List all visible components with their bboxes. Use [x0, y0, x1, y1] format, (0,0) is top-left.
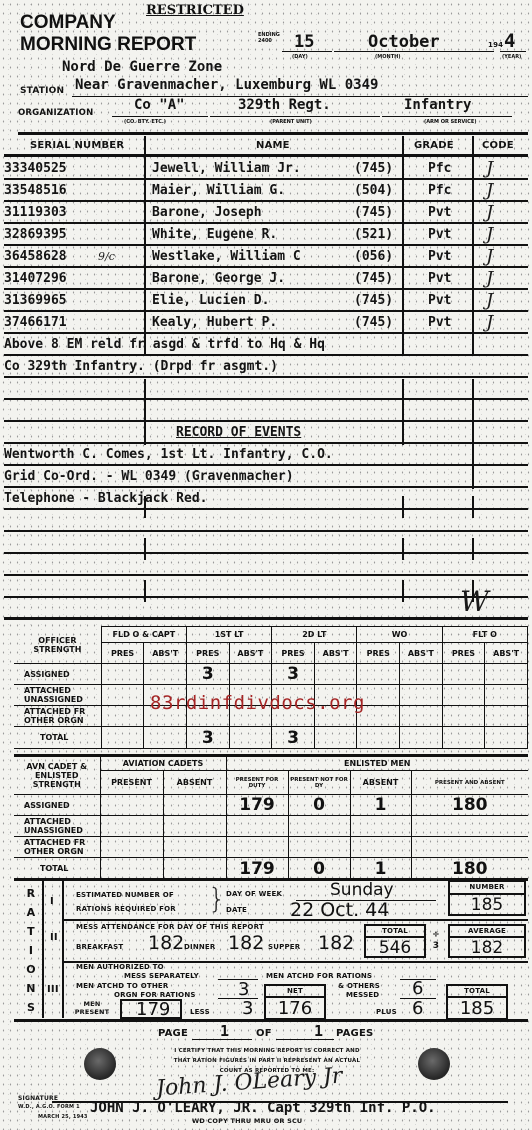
row-label: ATTACHED UNASSIGNED — [14, 816, 100, 837]
soldier-name: White, Eugene R. — [152, 227, 277, 242]
col-divider — [402, 538, 404, 560]
soldier-name: Maier, William G. — [152, 183, 285, 198]
group-aviation-cadets: AVIATION CADETS — [100, 757, 226, 771]
grade: Pvt — [428, 227, 451, 242]
page-field: 1 — [192, 1026, 252, 1040]
status-code: J — [486, 246, 493, 267]
group-enlisted-men: ENLISTED MEN — [226, 757, 528, 771]
form-date: MARCH 25, 1943 — [38, 1114, 88, 1120]
table-row: 33548516 Maier, William G. (504) Pfc J — [4, 181, 528, 202]
total-value: 546 — [366, 938, 424, 958]
ration-total-value: 185 — [448, 998, 506, 1019]
atchd-other-field: 3 — [218, 980, 258, 999]
pages-value: 1 — [314, 1022, 323, 1040]
cell — [163, 795, 226, 816]
table-row: 37466171 Kealy, Hubert P. (745) Pvt J — [4, 313, 528, 334]
col-divider — [402, 379, 404, 445]
soldier-name: Westlake, William C — [152, 249, 301, 264]
mos-code: (056) — [354, 249, 393, 264]
cell — [485, 727, 528, 749]
form-title-company: COMPANY — [20, 12, 116, 33]
company-caption: (CO. BTY. ETC.) — [124, 119, 166, 125]
col-grade: GRADE — [414, 140, 454, 151]
supper-label: SUPPER — [268, 943, 300, 951]
cell — [442, 664, 485, 685]
col-divider — [144, 136, 146, 356]
atchd-for-label-2: & OTHERS — [338, 982, 380, 990]
page-value: 1 — [220, 1022, 229, 1040]
year-field: 4 — [500, 30, 526, 52]
ration-date-value: 22 Oct. 44 — [290, 899, 389, 921]
atchd-for-label-1: MEN ATCHD FOR RATIONS — [266, 972, 372, 980]
status-code: J — [486, 202, 493, 223]
authorized-label-1: MEN AUTHORIZED TO — [76, 963, 164, 971]
cell — [229, 727, 272, 749]
mos-code: (745) — [354, 161, 393, 176]
col-enlisted-absent: ABSENT — [350, 771, 411, 795]
month-caption: (MONTH) — [375, 54, 401, 60]
officer-row-total: TOTAL 3 3 — [14, 727, 528, 749]
blank-row: W — [4, 599, 528, 620]
arm-field: Infantry — [382, 96, 512, 117]
routing-note: WD COPY THRU MRU OR SCU — [192, 1117, 302, 1125]
letter: T — [24, 922, 38, 941]
cell — [400, 664, 443, 685]
net-label: NET — [266, 986, 324, 998]
officer-row-assigned: ASSIGNED 3 3 — [14, 664, 528, 685]
event-line: Grid Co-Ord. - WL 0349 (Gravenmacher) — [4, 467, 528, 488]
brace: } — [208, 882, 226, 915]
cell — [314, 664, 357, 685]
average-label: AVERAGE — [450, 926, 524, 938]
enlisted-row-attached-unassigned: ATTACHED UNASSIGNED — [14, 816, 528, 837]
col-abst: ABS'T — [485, 643, 528, 664]
atchd-other-value: 3 — [238, 979, 249, 1000]
enlisted-row-attached-other: ATTACHED FR OTHER ORGN — [14, 837, 528, 858]
serial-number: 36458628 — [4, 249, 67, 264]
col-divider — [472, 136, 474, 356]
ration-total-box: TOTAL 185 — [446, 984, 508, 1020]
classification-stamp: RESTRICTED — [146, 3, 244, 18]
row-label: ATTACHED FR OTHER ORGN — [14, 837, 100, 858]
cell — [101, 727, 144, 749]
cert-line: I CERTIFY THAT THIS MORNING REPORT IS CO… — [132, 1046, 402, 1056]
cell: 180 — [411, 795, 528, 816]
serial-number: 31407296 — [4, 271, 67, 286]
col-divider — [472, 538, 474, 560]
company-field: Co "A" — [112, 96, 208, 117]
col-abst: ABS'T — [400, 643, 443, 664]
cell: 0 — [288, 795, 350, 816]
supper-value: 182 — [318, 932, 354, 954]
table-row: 31119303 Barone, Joseph (745) Pvt J — [4, 203, 528, 224]
grade: Pfc — [428, 183, 451, 198]
col-divider — [472, 496, 474, 518]
row-label: TOTAL — [14, 727, 101, 749]
col-divider — [402, 580, 404, 602]
company-value: Co "A" — [134, 97, 185, 113]
row-label: ASSIGNED — [14, 664, 101, 685]
event-text: Grid Co-Ord. - WL 0349 (Gravenmacher) — [4, 469, 294, 484]
col-present-and-absent: PRESENT AND ABSENT — [411, 771, 528, 795]
col-code: CODE — [482, 140, 514, 151]
section-num-3: III — [47, 984, 59, 995]
cell: 180 — [411, 858, 528, 880]
cell — [144, 664, 187, 685]
status-code: J — [486, 158, 493, 179]
section-rule — [62, 919, 528, 921]
blank-row — [4, 533, 528, 554]
less-label: LESS — [190, 1008, 210, 1016]
pages-label: PAGES — [336, 1028, 373, 1039]
net-value: 176 — [266, 998, 324, 1019]
col-abst: ABS'T — [229, 643, 272, 664]
letter: O — [24, 960, 38, 979]
station-value: Near Gravenmacher, Luxemburg WL 0349 — [75, 77, 378, 93]
col-divider — [472, 379, 474, 445]
table-row: 33340525 Jewell, William Jr. (745) Pfc J — [4, 159, 528, 180]
soldier-name: Kealy, Hubert P. — [152, 315, 277, 330]
letter: S — [24, 998, 38, 1017]
status-code: J — [486, 180, 493, 201]
group-wo: WO — [357, 627, 442, 643]
soldier-name: Barone, Joseph — [152, 205, 262, 220]
letter: R — [24, 884, 38, 903]
day-value: 15 — [294, 32, 314, 52]
group-flt-o: FLT O — [442, 627, 527, 643]
event-line: Telephone - Blackjack Red. — [4, 489, 528, 510]
of-label: OF — [256, 1028, 272, 1039]
binder-hole-left — [84, 1048, 116, 1080]
section-num-1: I — [50, 896, 54, 907]
cell — [100, 858, 163, 880]
group-2d-lt: 2D LT — [272, 627, 357, 643]
col-divider — [402, 136, 404, 356]
station-label: STATION — [20, 86, 64, 96]
estimated-rations-label: ESTIMATED NUMBER OF RATIONS REQUIRED FOR — [76, 888, 176, 916]
serial-number: 33548516 — [4, 183, 67, 198]
col-divider — [144, 580, 146, 602]
regiment-caption: (PARENT UNIT) — [270, 119, 312, 125]
cell: 1 — [350, 795, 411, 816]
enlisted-row-total: TOTAL 179 0 1 180 — [14, 858, 528, 880]
col-abst: ABS'T — [144, 643, 187, 664]
serial-annotation: 9/c — [98, 250, 115, 263]
organization-label: ORGANIZATION — [18, 108, 93, 118]
section-num-2: II — [50, 932, 58, 943]
row-label: ATTACHED FR OTHER ORGN — [14, 706, 101, 727]
cell — [442, 727, 485, 749]
atchd-other-label-1: MEN ATCHD TO OTHER — [76, 982, 168, 990]
group-1st-lt: 1ST LT — [186, 627, 271, 643]
month-value: October — [368, 32, 440, 52]
authorized-label-2: MESS SEPARATELY — [124, 972, 199, 980]
serial-number: 32869395 — [4, 227, 67, 242]
less-value: 3 — [242, 998, 253, 1019]
ration-total-label: TOTAL — [448, 986, 506, 998]
grade: Pvt — [428, 205, 451, 220]
cell — [314, 727, 357, 749]
col-divider — [472, 445, 474, 489]
col-divider — [472, 580, 474, 602]
col-present-for-duty: PRESENT FOR DUTY — [226, 771, 288, 795]
label-line: RATIONS REQUIRED FOR — [76, 902, 176, 916]
date-label: DATE — [226, 906, 247, 914]
pages-field: 1 — [276, 1026, 334, 1040]
blank-row — [4, 577, 528, 598]
cell — [485, 664, 528, 685]
cell — [229, 664, 272, 685]
letter: I — [24, 941, 38, 960]
col-divider — [144, 538, 146, 560]
cell — [100, 795, 163, 816]
cell — [357, 727, 400, 749]
serial-number: 37466171 — [4, 315, 67, 330]
remark-line: Above 8 EM reld fr asgd & trfd to Hq & H… — [4, 335, 528, 356]
mos-code: (745) — [354, 315, 393, 330]
mess-average-box: AVERAGE 182 — [448, 924, 526, 958]
serial-number: 33340525 — [4, 161, 67, 176]
enlisted-strength-table: AVN CADET & ENLISTED STRENGTH AVIATION C… — [14, 756, 528, 880]
col-pres: PRES — [101, 643, 144, 664]
page-label: PAGE — [158, 1028, 188, 1039]
rations-divider — [42, 880, 44, 1018]
row-label: ATTACHED UNASSIGNED — [14, 685, 101, 706]
arm-value: Infantry — [404, 97, 471, 113]
serial-number: 31119303 — [4, 205, 67, 220]
cell: 0 — [288, 858, 350, 880]
col-divider — [144, 379, 146, 445]
mos-code: (504) — [354, 183, 393, 198]
year-value: 4 — [504, 30, 515, 52]
rations-divider — [62, 880, 64, 1018]
event-text: Wentworth C. Comes, 1st Lt. Infantry, C.… — [4, 447, 333, 462]
table-row: 32869395 White, Eugene R. (521) Pvt J — [4, 225, 528, 246]
table-top-rule — [18, 132, 528, 135]
zone-value: Nord De Guerre Zone — [62, 59, 222, 75]
cell: 1 — [350, 858, 411, 880]
row-label: TOTAL — [14, 858, 100, 880]
letter: N — [24, 979, 38, 998]
station-field: Near Gravenmacher, Luxemburg WL 0349 — [72, 75, 528, 97]
col-abst: ABS'T — [314, 643, 357, 664]
soldier-name: Barone, George J. — [152, 271, 285, 286]
grade: Pvt — [428, 315, 451, 330]
regiment-value: 329th Regt. — [238, 97, 331, 113]
letter: A — [24, 903, 38, 922]
plus-label: PLUS — [376, 1008, 397, 1016]
grade: Pvt — [428, 249, 451, 264]
month-field: October — [334, 30, 494, 52]
form-title-morning-report: MORNING REPORT — [20, 34, 196, 55]
atchd-for-value: 6 — [412, 978, 423, 999]
net-box: NET 176 — [264, 984, 326, 1020]
event-text: Telephone - Blackjack Red. — [4, 491, 208, 506]
average-value: 182 — [450, 938, 524, 958]
atchd-for-field: 6 — [400, 980, 436, 999]
day-caption: (DAY) — [292, 54, 308, 60]
col-cadets-present: PRESENT — [100, 771, 163, 795]
table-row: 31407296 Barone, George J. (745) Pvt J — [4, 269, 528, 290]
cell — [101, 664, 144, 685]
ration-number-box: NUMBER 185 — [448, 880, 526, 916]
mos-code: (521) — [354, 227, 393, 242]
soldier-name: Elie, Lucien D. — [152, 293, 269, 308]
grade: Pfc — [428, 161, 451, 176]
watermark: 83rdinfdivdocs.org — [150, 692, 365, 714]
officer-strength-title: OFFICER STRENGTH — [14, 627, 101, 664]
col-pres: PRES — [272, 643, 315, 664]
soldier-name: Jewell, William Jr. — [152, 161, 301, 176]
blank-row — [4, 401, 528, 422]
mess-attendance-label: MESS ATTENDANCE FOR DAY OF THIS REPORT — [76, 923, 264, 931]
breakfast-value: 182 — [148, 932, 184, 954]
section-rule — [14, 1019, 528, 1022]
remark-text-1: Above 8 EM reld fr asgd & trfd to Hq & H… — [4, 337, 325, 352]
mos-code: (745) — [354, 271, 393, 286]
blank-row — [4, 511, 528, 532]
cell — [163, 858, 226, 880]
day-of-week-label: DAY OF WEEK — [226, 890, 282, 898]
divide-by-three: ÷ 3 — [430, 930, 442, 952]
number-value: 185 — [450, 895, 524, 915]
col-cadets-absent: ABSENT — [163, 771, 226, 795]
status-code: J — [486, 268, 493, 289]
table-row: 36458628 9/c Westlake, William C (056) P… — [4, 247, 528, 268]
arm-caption: (ARM OR SERVICE) — [424, 119, 477, 125]
col-name: NAME — [256, 140, 290, 151]
col-divider — [402, 496, 404, 518]
handwritten-initials: W — [460, 585, 489, 618]
status-code: J — [486, 224, 493, 245]
plus-value: 6 — [412, 998, 423, 1019]
cell: 179 — [226, 795, 288, 816]
dinner-label: DINNER — [184, 943, 216, 951]
cert-line: THAT RATION FIGURES IN PART II REPRESENT… — [132, 1056, 402, 1066]
group-fld-o-capt: FLD O & CAPT — [101, 627, 186, 643]
col-divider — [144, 496, 146, 518]
cell — [144, 727, 187, 749]
cell: 3 — [272, 727, 315, 749]
cell: 3 — [186, 727, 229, 749]
enlisted-strength-title: AVN CADET & ENLISTED STRENGTH — [14, 757, 100, 795]
binder-hole-right — [418, 1048, 450, 1080]
blank-row — [4, 555, 528, 576]
remark-line: Co 329th Infantry. (Drpd fr asgmt.) — [4, 357, 528, 378]
events-heading: RECORD OF EVENTS — [176, 425, 301, 440]
enlisted-row-assigned: ASSIGNED 179 0 1 180 — [14, 795, 528, 816]
col-pres: PRES — [442, 643, 485, 664]
label-line: ESTIMATED NUMBER OF — [76, 888, 176, 902]
personnel-header-row: SERIAL NUMBER NAME GRADE CODE — [4, 136, 528, 157]
table-row: 31369965 Elie, Lucien D. (745) Pvt J — [4, 291, 528, 312]
mess-total-box: TOTAL 546 — [364, 924, 426, 958]
dinner-value: 182 — [228, 932, 264, 954]
men-present-value: 179 — [136, 999, 170, 1020]
status-code: J — [486, 312, 493, 333]
number-label: NUMBER — [450, 882, 524, 895]
cell: 3 — [272, 664, 315, 685]
blank-row — [4, 379, 528, 400]
remark-text-2: Co 329th Infantry. (Drpd fr asgmt.) — [4, 359, 278, 374]
row-label: ASSIGNED — [14, 795, 100, 816]
form-number: W.D., A.G.O. FORM 1 — [18, 1104, 80, 1110]
col-pres: PRES — [357, 643, 400, 664]
cell: 179 — [226, 858, 288, 880]
atchd-for-label-3: MESSED — [346, 991, 379, 999]
rations-side-label: R A T I O N S — [24, 884, 38, 1017]
serial-number: 31369965 — [4, 293, 67, 308]
event-line: Wentworth C. Comes, 1st Lt. Infantry, C.… — [4, 445, 528, 466]
grade: Pvt — [428, 293, 451, 308]
year-caption: (YEAR) — [502, 54, 521, 60]
men-present-label: MEN PRESENT — [68, 1000, 116, 1016]
men-present-box: 179 — [120, 999, 182, 1019]
mos-code: (745) — [354, 205, 393, 220]
breakfast-label: BREAKFAST — [76, 943, 123, 951]
cell — [357, 664, 400, 685]
cell: 3 — [186, 664, 229, 685]
ending-label: ENDING 2400 — [258, 32, 274, 44]
grade: Pvt — [428, 271, 451, 286]
col-serial-number: SERIAL NUMBER — [30, 140, 124, 151]
status-code: J — [486, 290, 493, 311]
atchd-other-label-2: ORGN FOR RATIONS — [114, 991, 196, 999]
cell — [400, 727, 443, 749]
signer-name: JOHN J. O'LEARY, JR. Capt 329th Inf. P.O… — [90, 1100, 436, 1116]
regiment-field: 329th Regt. — [210, 96, 380, 117]
officer-strength-table: OFFICER STRENGTH FLD O & CAPT 1ST LT 2D … — [14, 626, 528, 749]
day-field: 15 — [282, 30, 332, 52]
events-heading-row: RECORD OF EVENTS — [4, 423, 528, 444]
col-present-not-for-duty: PRESENT NOT FOR DY — [288, 771, 350, 795]
total-label: TOTAL — [366, 926, 424, 938]
mos-code: (745) — [354, 293, 393, 308]
col-pres: PRES — [186, 643, 229, 664]
day-of-week-value: Sunday — [330, 880, 394, 900]
